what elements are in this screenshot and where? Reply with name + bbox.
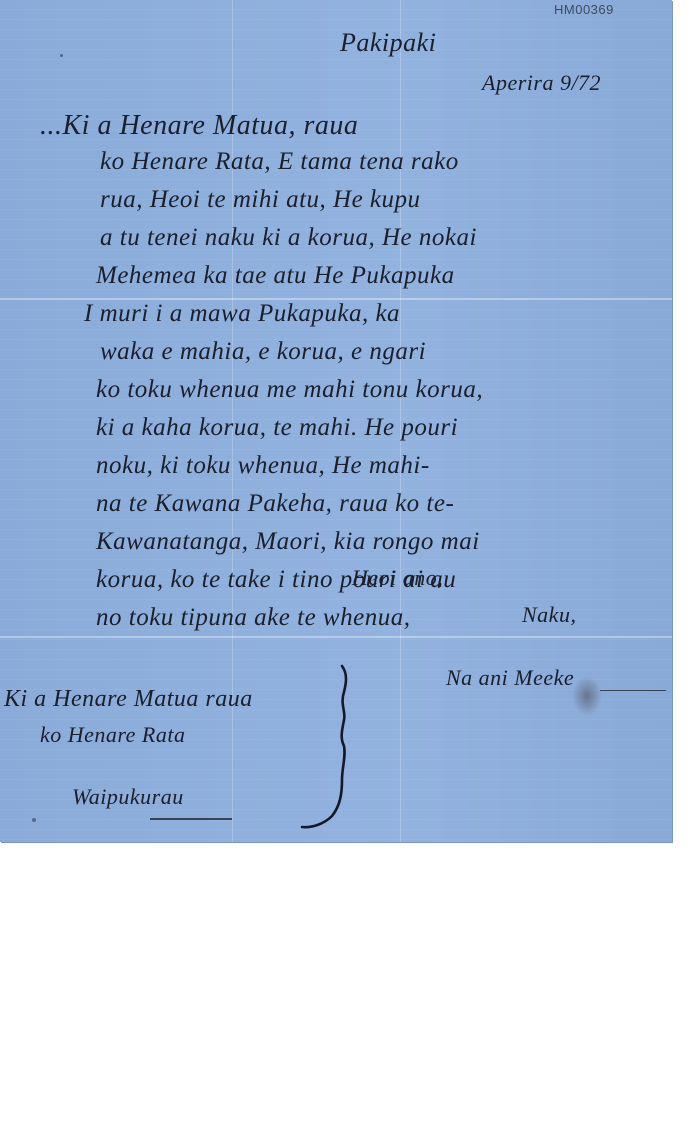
address-line: Ki a Henare Matua raua — [4, 686, 253, 713]
address-line: ko Henare Rata — [40, 722, 185, 748]
letter-date: Aperira 9/72 — [482, 70, 601, 96]
letter-place: Pakipaki — [340, 28, 436, 58]
body-line: ko toku whenua me mahi tonu korua, — [96, 376, 483, 404]
paper-speck — [60, 54, 63, 57]
paper-speck — [32, 818, 36, 822]
body-line: noku, ki toku whenua, He mahi- — [96, 452, 430, 480]
from-label: Naku, — [522, 602, 576, 628]
body-line: no toku tipuna ake te whenua, — [96, 604, 410, 632]
signature: Na ani Meeke — [446, 665, 574, 691]
salutation-line: ...Ki a Henare Matua, raua — [40, 110, 358, 142]
body-line: ki a kaha korua, te mahi. He pouri — [96, 414, 458, 442]
signature-underline — [600, 690, 666, 691]
body-line: na te Kawana Pakeha, raua ko te- — [96, 490, 454, 518]
body-line: a tu tenei naku ki a korua, He nokai — [100, 224, 477, 252]
body-line: I muri i a mawa Pukapuka, ka — [84, 300, 400, 328]
body-line: waka e mahia, e korua, e ngari — [100, 338, 426, 366]
body-line: Kawanatanga, Maori, kia rongo mai — [96, 528, 480, 556]
fold-line — [0, 636, 672, 638]
body-line: Mehemea ka tae atu He Pukapuka — [96, 262, 455, 290]
archive-id: HM00369 — [554, 2, 614, 17]
closing: Heoi ano, — [352, 565, 443, 591]
ink-stain — [572, 676, 602, 716]
letter-paper: HM00369 Pakipaki Aperira 9/72 ...Ki a He… — [0, 0, 672, 842]
address-location: Waipukurau — [72, 784, 184, 810]
curly-brace-icon — [300, 664, 350, 829]
location-underline — [150, 818, 232, 820]
salutation-line: ko Henare Rata, E tama tena rako — [100, 148, 459, 176]
body-line: rua, Heoi te mihi atu, He kupu — [100, 186, 421, 214]
